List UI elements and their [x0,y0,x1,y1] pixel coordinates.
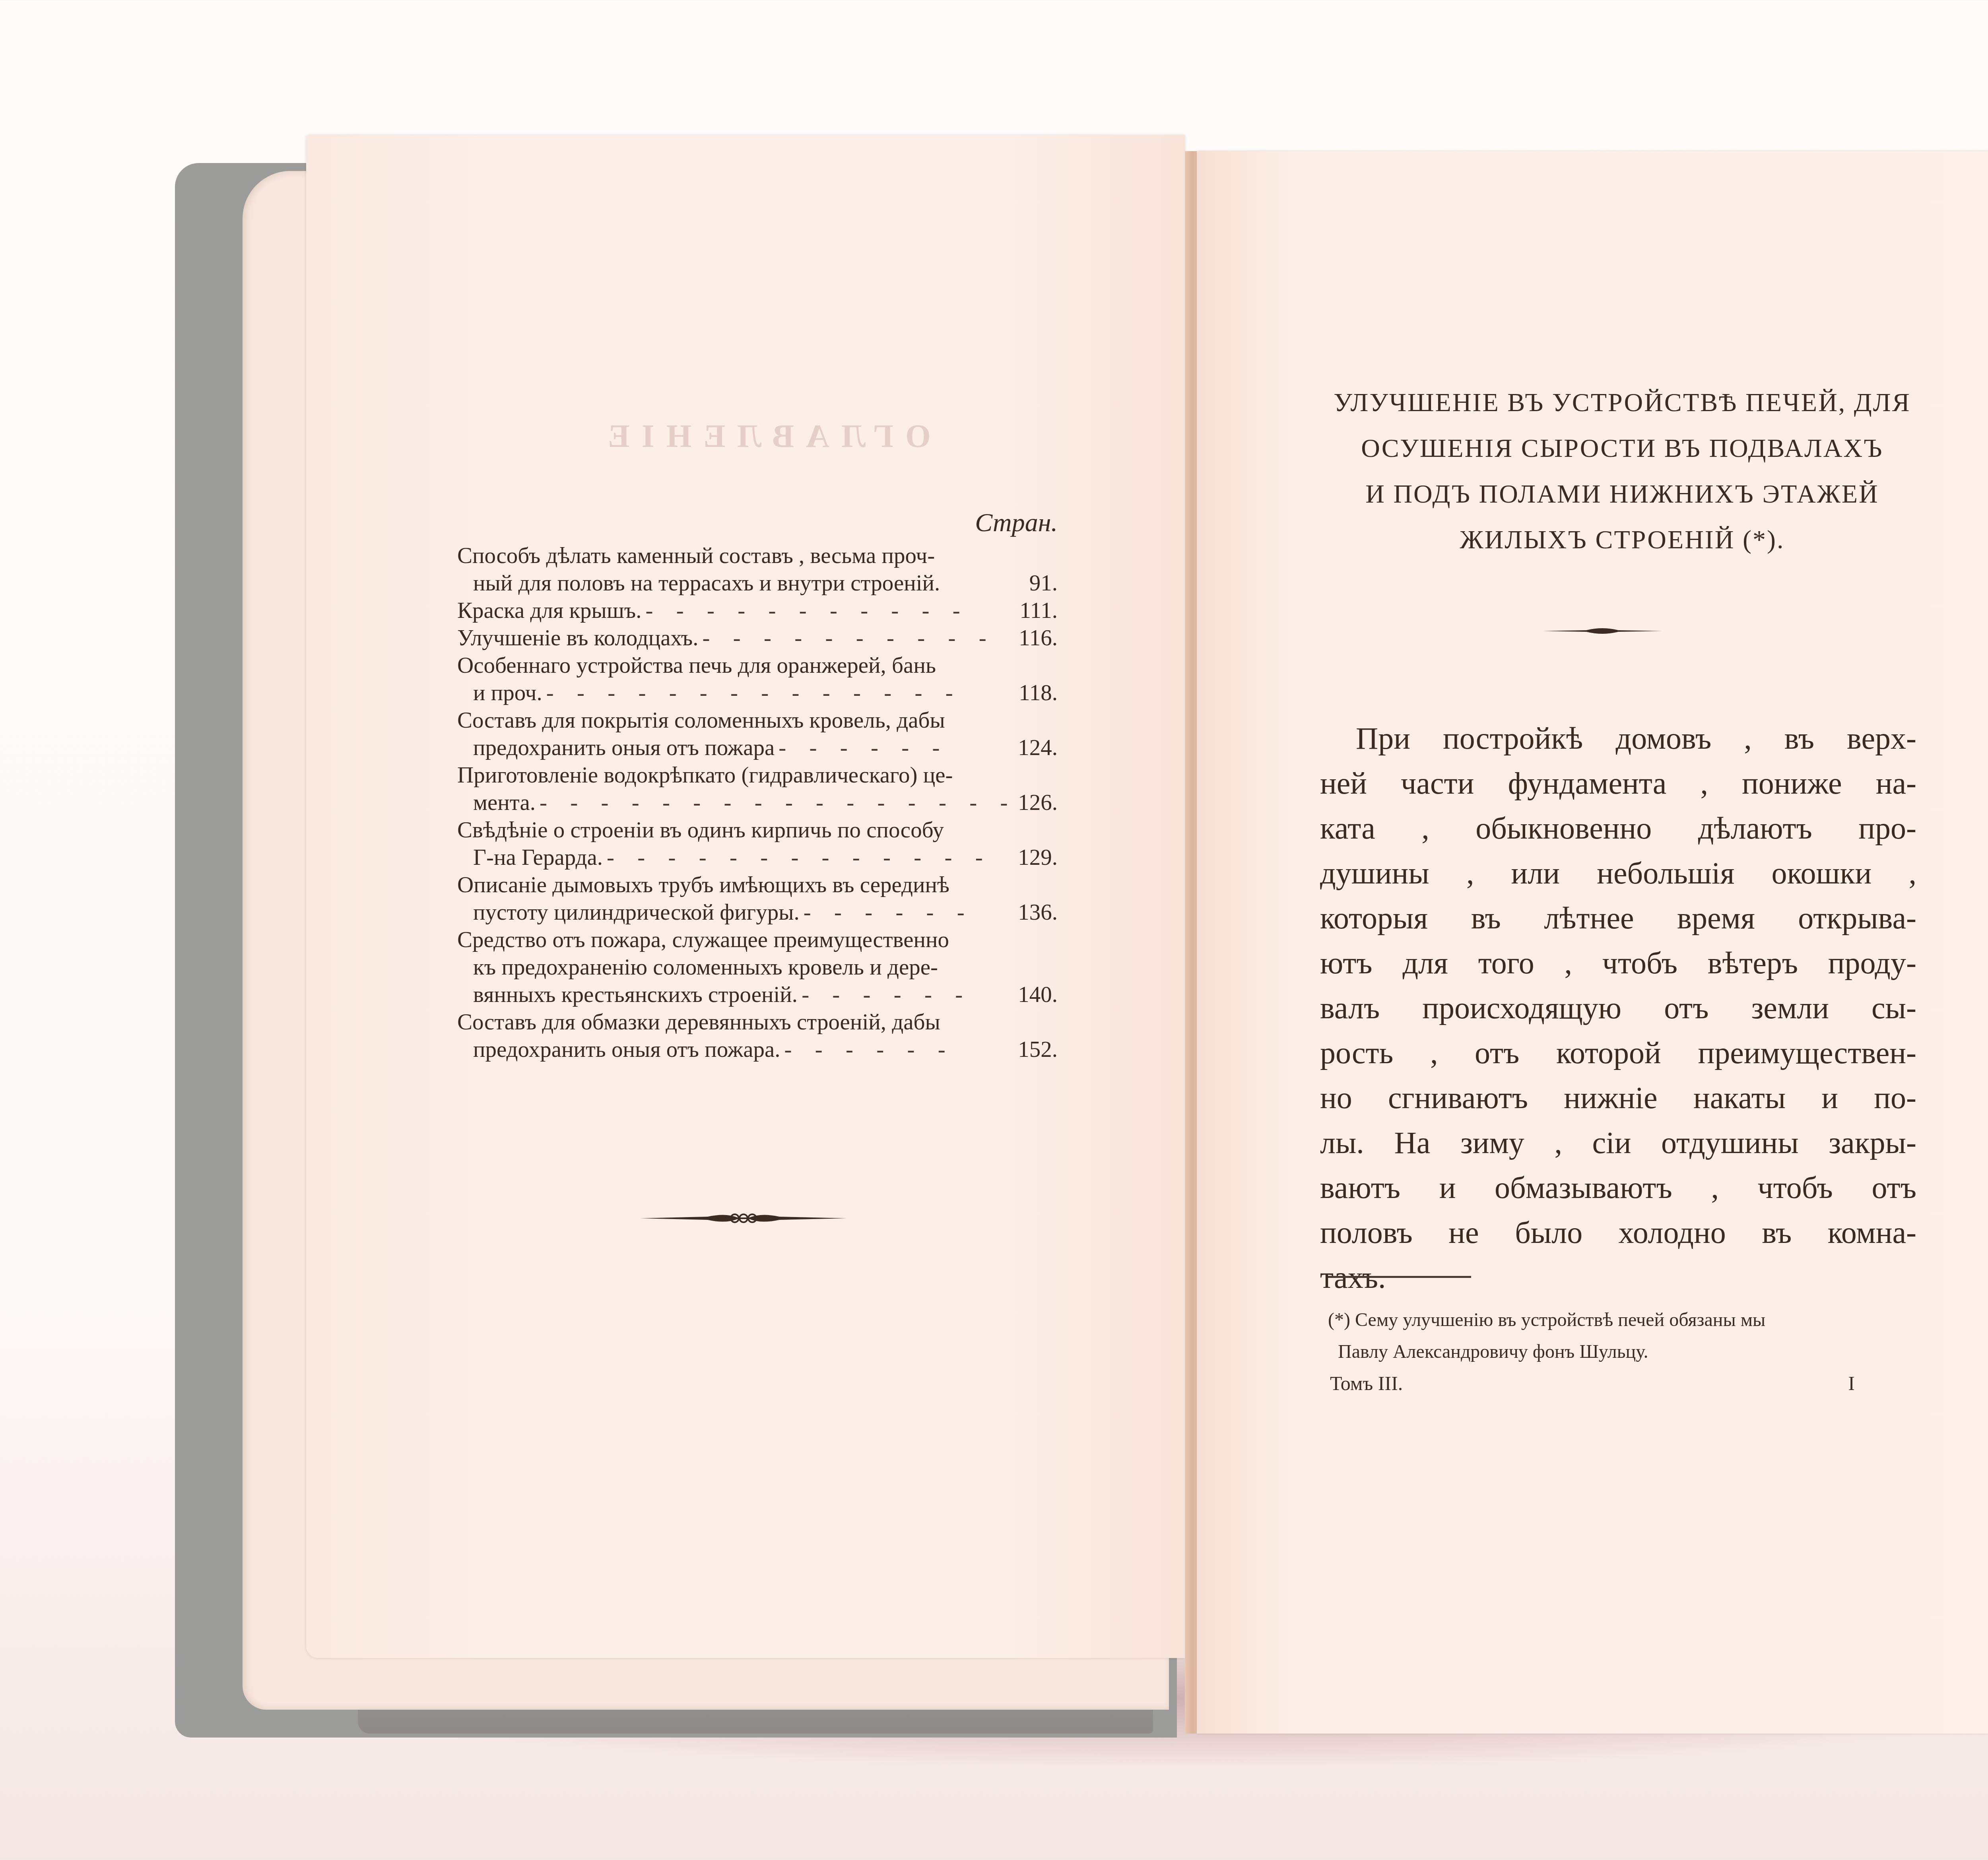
toc-entry-line: пустоту цилиндрической фигуры.- - - - - … [457,899,1058,926]
toc-entry: Способъ дѣлать каменный составъ , весьма… [457,542,1058,597]
chapter-title-line: осушенія сырости въ подвалахъ [1308,425,1936,471]
toc-entry-line: мента.- - - - - - - - - - - - - - - - -1… [457,789,1058,816]
show-through-heading: ОГЛАВЛЕНІЕ [584,417,942,455]
body-paragraph: При постройкѣ домовъ , въ верх- ней част… [1320,716,1916,1300]
toc-entry-title: Улучшеніе въ колодцахъ. [457,624,699,652]
toc-entry-line: Средство отъ пожара, служащее преимущест… [457,926,1058,953]
toc-entry-title: ный для половъ на террасахъ и внутри стр… [473,569,940,597]
tailpiece-ornament-icon [640,1211,847,1225]
toc-entry: Описаніе дымовыхъ трубъ имѣющихъ въ сере… [457,871,1058,926]
signature-mark: I [1848,1372,1855,1395]
body-line: которыя въ лѣтнее время открыва- [1320,895,1916,940]
toc-entry-title: и проч. [473,679,542,707]
toc-entry-line: предохранить оныя отъ пожара.- - - - - -… [457,1036,1058,1063]
toc-entry-title: предохранить оныя отъ пожара [473,734,775,761]
toc-page-number: 152. [1014,1036,1058,1063]
toc-page-number: 91. [1014,569,1058,597]
toc-entries: Способъ дѣлать каменный составъ , весьма… [457,542,1058,1063]
body-line: валъ происходящую отъ земли сы- [1320,985,1916,1030]
toc-entry-line: и проч.- - - - - - - - - - - - - -118. [457,679,1058,707]
toc-page-number: 116. [1014,624,1058,652]
toc-entry: Особеннаго устройства печь для оранжерей… [457,652,1058,707]
signature-line: Томъ III. I [1330,1372,1855,1395]
chapter-title: Улучшеніе въ устройствѣ печей, для осуше… [1308,380,1936,563]
toc-page-number: 129. [1014,844,1058,871]
toc-entry-title: мента. [473,789,536,816]
toc-leader-dots: - - - - - - - - - - - [642,597,1014,624]
chapter-title-line: жилыхъ строеній (*). [1308,517,1936,563]
toc-entry-line: Улучшеніе въ колодцахъ.- - - - - - - - -… [457,624,1058,652]
toc-page-number: 126. [1014,789,1058,816]
footnote-line: (*) Сему улучшенію въ устройствѣ печей о… [1328,1304,1916,1336]
toc-entry: Приготовленіе водокрѣпкато (гидравлическ… [457,761,1058,816]
toc-entry-line: Описаніе дымовыхъ трубъ имѣющихъ въ сере… [457,871,1058,899]
footnote-line: Павлу Александровичу фонъ Шульцу. [1328,1336,1916,1368]
toc-leader-dots: - - - - - - [800,899,1014,926]
body-line: половъ не было холодно въ комна- [1320,1210,1916,1255]
footnote: (*) Сему улучшенію въ устройствѣ печей о… [1328,1304,1916,1368]
body-line: ютъ для того , чтобъ вѣтеръ проду- [1320,940,1916,985]
body-line: ваютъ и обмазываютъ , чтобъ отъ [1320,1165,1916,1210]
toc-leader-dots: - - - - - - [780,1036,1014,1063]
toc-entry-title: пустоту цилиндрической фигуры. [473,899,800,926]
divider-ornament-icon [1543,626,1662,636]
toc-entry: Краска для крышъ.- - - - - - - - - - -11… [457,597,1058,624]
body-line: ката , обыкновенно дѣлаютъ про- [1320,806,1916,850]
toc-entry-line: Краска для крышъ.- - - - - - - - - - -11… [457,597,1058,624]
toc-entry-title: вянныхъ крестьянскихъ строеній. [473,981,798,1008]
toc-leader-dots: - - - - - - - - - - - - - - - - - [536,789,1014,816]
toc-leader-dots: - - - - - - [775,734,1014,761]
toc-entry: Улучшеніе въ колодцахъ.- - - - - - - - -… [457,624,1058,652]
footnote-rule [1328,1276,1471,1278]
toc-entry-line: ный для половъ на террасахъ и внутри стр… [457,569,1058,597]
chapter-title-line: Улучшеніе въ устройствѣ печей, для [1308,380,1936,425]
toc-leader-dots: - - - - - - - - - - [699,624,1014,652]
toc-leader-dots: - - - - - - [798,981,1014,1008]
toc-entry: Средство отъ пожара, служащее преимущест… [457,926,1058,1008]
toc-page-number: 136. [1014,899,1058,926]
toc-entry-line: Свѣдѣніе о строеніи въ одинъ кирпичь по … [457,816,1058,844]
body-line: но сгниваютъ нижніе накаты и по- [1320,1075,1916,1120]
toc-page-number: 118. [1014,679,1058,707]
toc-entry-title: Краска для крышъ. [457,597,642,624]
toc-entry: Свѣдѣніе о строеніи въ одинъ кирпичь по … [457,816,1058,871]
toc-entry-line: Составъ для покрытія соломенныхъ кровель… [457,707,1058,734]
body-line: душины , или небольшія окошки , [1320,850,1916,895]
toc-entry: Составъ для обмазки деревянныхъ строеній… [457,1008,1058,1063]
toc-entry-line: Г-на Герарда.- - - - - - - - - - - - -12… [457,844,1058,871]
toc-entry-line: предохранить оныя отъ пожара- - - - - -1… [457,734,1058,761]
toc-entry-line: Приготовленіе водокрѣпкато (гидравлическ… [457,761,1058,789]
toc-entry-line: Особеннаго устройства печь для оранжерей… [457,652,1058,679]
toc-leader-dots: - - - - - - - - - - - - - - [542,679,1014,707]
toc-entry-title: предохранить оныя отъ пожара. [473,1036,780,1063]
body-line: При постройкѣ домовъ , въ верх- [1320,716,1916,761]
toc-entry-line: Способъ дѣлать каменный составъ , весьма… [457,542,1058,569]
toc-entry-line: вянныхъ крестьянскихъ строеній.- - - - -… [457,981,1058,1008]
toc-entry-title: Г-на Герарда. [473,844,603,871]
toc-entry-line: Составъ для обмазки деревянныхъ строеній… [457,1008,1058,1036]
toc-leader-dots: - - - - - - - - - - - - - [603,844,1014,871]
toc-page-number: 140. [1014,981,1058,1008]
toc-page-number: 111. [1014,597,1058,624]
body-line: ней части фундамента , пониже на- [1320,761,1916,806]
body-line: рость , отъ которой преимуществен- [1320,1030,1916,1075]
toc-entry: Составъ для покрытія соломенныхъ кровель… [457,707,1058,761]
table-of-contents: Стран. Способъ дѣлать каменный составъ ,… [457,509,1058,1063]
toc-page-number: 124. [1014,734,1058,761]
page-column-header: Стран. [457,509,1058,536]
chapter-title-line: и подъ полами нижнихъ этажей [1308,471,1936,517]
volume-mark: Томъ III. [1330,1372,1403,1395]
toc-entry-line: къ предохраненію соломенныхъ кровель и д… [457,953,1058,981]
body-line: лы. На зиму , сіи отдушины закры- [1320,1120,1916,1165]
